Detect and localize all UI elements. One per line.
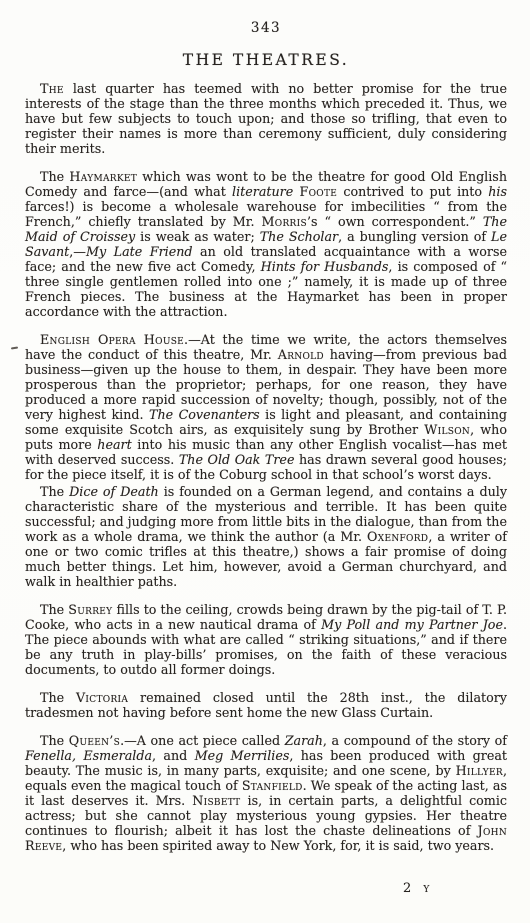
- small-caps-text: Morris: [262, 214, 307, 229]
- page-number: 343: [25, 20, 507, 36]
- small-caps-text: y: [423, 881, 429, 896]
- italic-text: The Old Oak Tree: [179, 452, 295, 467]
- article-body: The last quarter has teemed with no bett…: [25, 81, 507, 853]
- text-run: ’s “ own correspondent.”: [307, 214, 483, 229]
- text-run: , who has been spirited away to New York…: [62, 838, 494, 853]
- scan-dash-artifact: [11, 347, 18, 350]
- italic-text: Dice of Death: [69, 484, 159, 499]
- page-content: 343 THE THEATRES. The last quarter has t…: [25, 20, 507, 853]
- text-run: last quarter has teemed with no better p…: [25, 81, 507, 156]
- small-caps-text: Wilson: [424, 422, 470, 437]
- text-run: contrived to put into: [337, 184, 488, 199]
- small-caps-text: Arnold: [278, 347, 324, 362]
- italic-text: his: [488, 184, 507, 199]
- small-caps-text: Victoria: [76, 690, 128, 705]
- small-caps-text: Stanfield: [242, 778, 303, 793]
- text-run: , a compound of the story of: [323, 733, 507, 748]
- text-run: ,—: [69, 244, 86, 259]
- small-caps-text: Queen’s: [69, 733, 120, 748]
- paragraph: The last quarter has teemed with no bett…: [25, 81, 507, 156]
- paragraph: The Queen’s.—A one act piece called Zara…: [25, 733, 507, 853]
- paragraph: The Dice of Death is founded on a German…: [25, 484, 507, 589]
- italic-text: My Poll and my Partner Joe: [321, 617, 503, 632]
- text-run: .—A one act piece called: [120, 733, 285, 748]
- text-run: The: [40, 169, 69, 184]
- small-caps-text: Oxenford: [367, 529, 428, 544]
- italic-text: Fenella, Esmeralda: [25, 748, 152, 763]
- small-caps-text: Foote: [299, 184, 337, 199]
- paragraph: The Victoria remained closed until the 2…: [25, 690, 507, 720]
- italic-text: Zarah: [285, 733, 323, 748]
- text-run: The: [40, 690, 76, 705]
- paragraph: The Surrey fills to the ceiling, crowds …: [25, 602, 507, 677]
- paragraph: The Haymarket which was wont to be the t…: [25, 169, 507, 319]
- small-caps-text: The: [40, 81, 64, 96]
- italic-text: Hints for Husbands: [261, 259, 389, 274]
- scanned-page: 343 THE THEATRES. The last quarter has t…: [0, 0, 530, 923]
- italic-text: literature: [232, 184, 293, 199]
- small-caps-text: Haymarket: [69, 169, 137, 184]
- small-caps-text: Surrey: [68, 602, 112, 617]
- italic-text: My Late Friend: [86, 244, 193, 259]
- small-caps-text: Hillyer: [456, 763, 503, 778]
- printer-signature-mark: 2 y: [403, 881, 430, 896]
- italic-text: heart: [97, 437, 131, 452]
- text-run: 2: [403, 881, 423, 896]
- text-run: The: [40, 733, 69, 748]
- text-run: is weak as water;: [135, 229, 260, 244]
- text-run: The: [40, 602, 68, 617]
- italic-text: Meg Merrilies: [195, 748, 290, 763]
- text-run: The: [40, 484, 69, 499]
- article-title: THE THEATRES.: [25, 51, 507, 69]
- paragraph: English Opera House.—At the time we writ…: [25, 332, 507, 482]
- italic-text: The Scholar: [260, 229, 338, 244]
- small-caps-text: Nisbett: [192, 793, 240, 808]
- text-run: , and: [152, 748, 195, 763]
- small-caps-text: English Opera House: [40, 332, 184, 347]
- text-run: , a bungling version of: [338, 229, 491, 244]
- italic-text: The Covenanters: [149, 407, 260, 422]
